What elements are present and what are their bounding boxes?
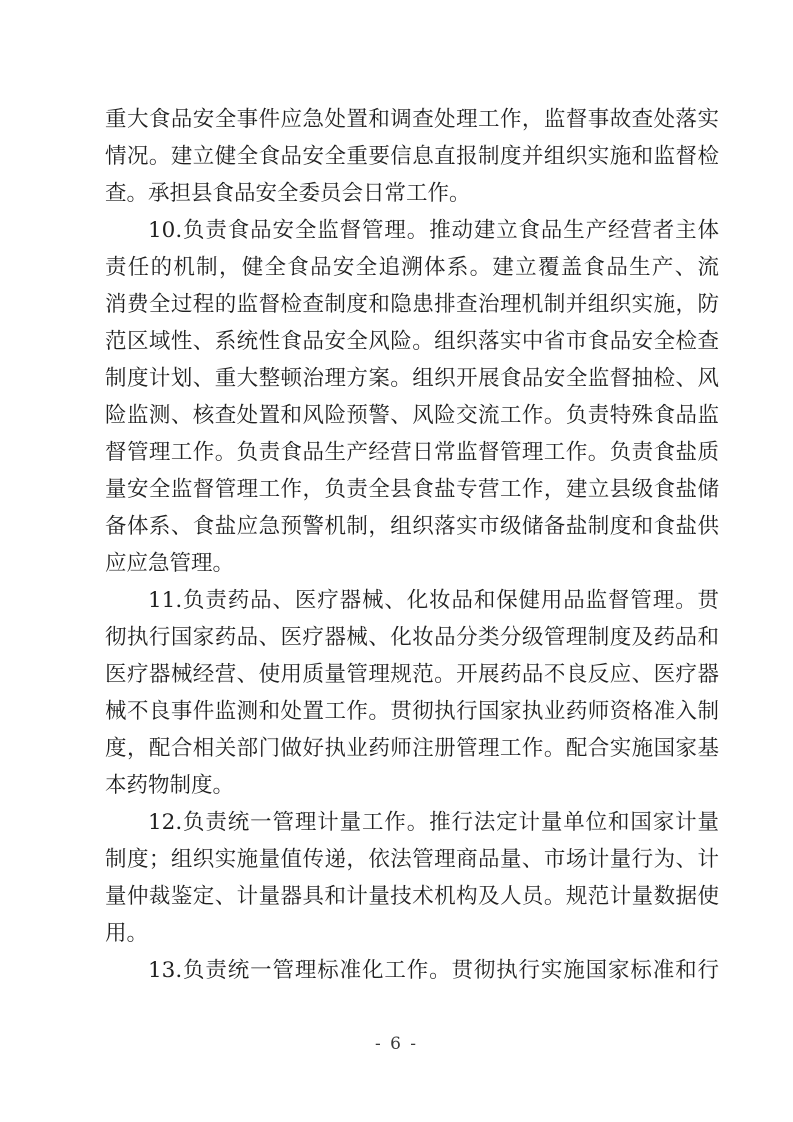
text-line: 责任的机制，健全食品安全追溯体系。建立覆盖食品生产、流通、 [105,249,719,286]
text-line: 制度计划、重大整顿治理方案。组织开展食品安全监督抽检、风 [105,360,719,397]
text-line: 查。承担县食品安全委员会日常工作。 [105,175,719,212]
text-line: 情况。建立健全食品安全重要信息直报制度并组织实施和监督检 [105,138,719,175]
document-page: 重大食品安全事件应急处置和调查处理工作，监督事故查处落实情况。建立健全食品安全重… [0,0,793,1122]
text-line: 消费全过程的监督检查制度和隐患排查治理机制并组织实施，防 [105,286,719,323]
text-line: 10.负责食品安全监督管理。推动建立食品生产经营者主体 [105,212,719,249]
text-line: 量仲裁鉴定、计量器具和计量技术机构及人员。规范计量数据使 [105,878,719,915]
text-line: 量安全监督管理工作，负责全县食盐专营工作，建立县级食盐储 [105,471,719,508]
text-line: 械不良事件监测和处置工作。贯彻执行国家执业药师资格准入制 [105,693,719,730]
text-line: 11.负责药品、医疗器械、化妆品和保健用品监督管理。贯 [105,582,719,619]
text-line: 备体系、食盐应急预警机制，组织落实市级储备盐制度和食盐供 [105,508,719,545]
text-line: 医疗器械经营、使用质量管理规范。开展药品不良反应、医疗器 [105,656,719,693]
text-line: 应应急管理。 [105,545,719,582]
text-line: 13.负责统一管理标准化工作。贯彻执行实施国家标准和行 [105,952,719,989]
text-line: 12.负责统一管理计量工作。推行法定计量单位和国家计量 [105,804,719,841]
text-line: 重大食品安全事件应急处置和调查处理工作，监督事故查处落实 [105,101,719,138]
text-line: 制度；组织实施量值传递，依法管理商品量、市场计量行为、计 [105,841,719,878]
text-line: 督管理工作。负责食品生产经营日常监督管理工作。负责食盐质 [105,434,719,471]
page-number: - 6 - [0,1032,793,1056]
text-line: 用。 [105,915,719,952]
text-line: 险监测、核查处置和风险预警、风险交流工作。负责特殊食品监 [105,397,719,434]
text-line: 彻执行国家药品、医疗器械、化妆品分类分级管理制度及药品和 [105,619,719,656]
text-line: 度，配合相关部门做好执业药师注册管理工作。配合实施国家基 [105,730,719,767]
text-line: 本药物制度。 [105,767,719,804]
document-text: 重大食品安全事件应急处置和调查处理工作，监督事故查处落实情况。建立健全食品安全重… [105,101,719,989]
text-line: 范区域性、系统性食品安全风险。组织落实中省市食品安全检查 [105,323,719,360]
